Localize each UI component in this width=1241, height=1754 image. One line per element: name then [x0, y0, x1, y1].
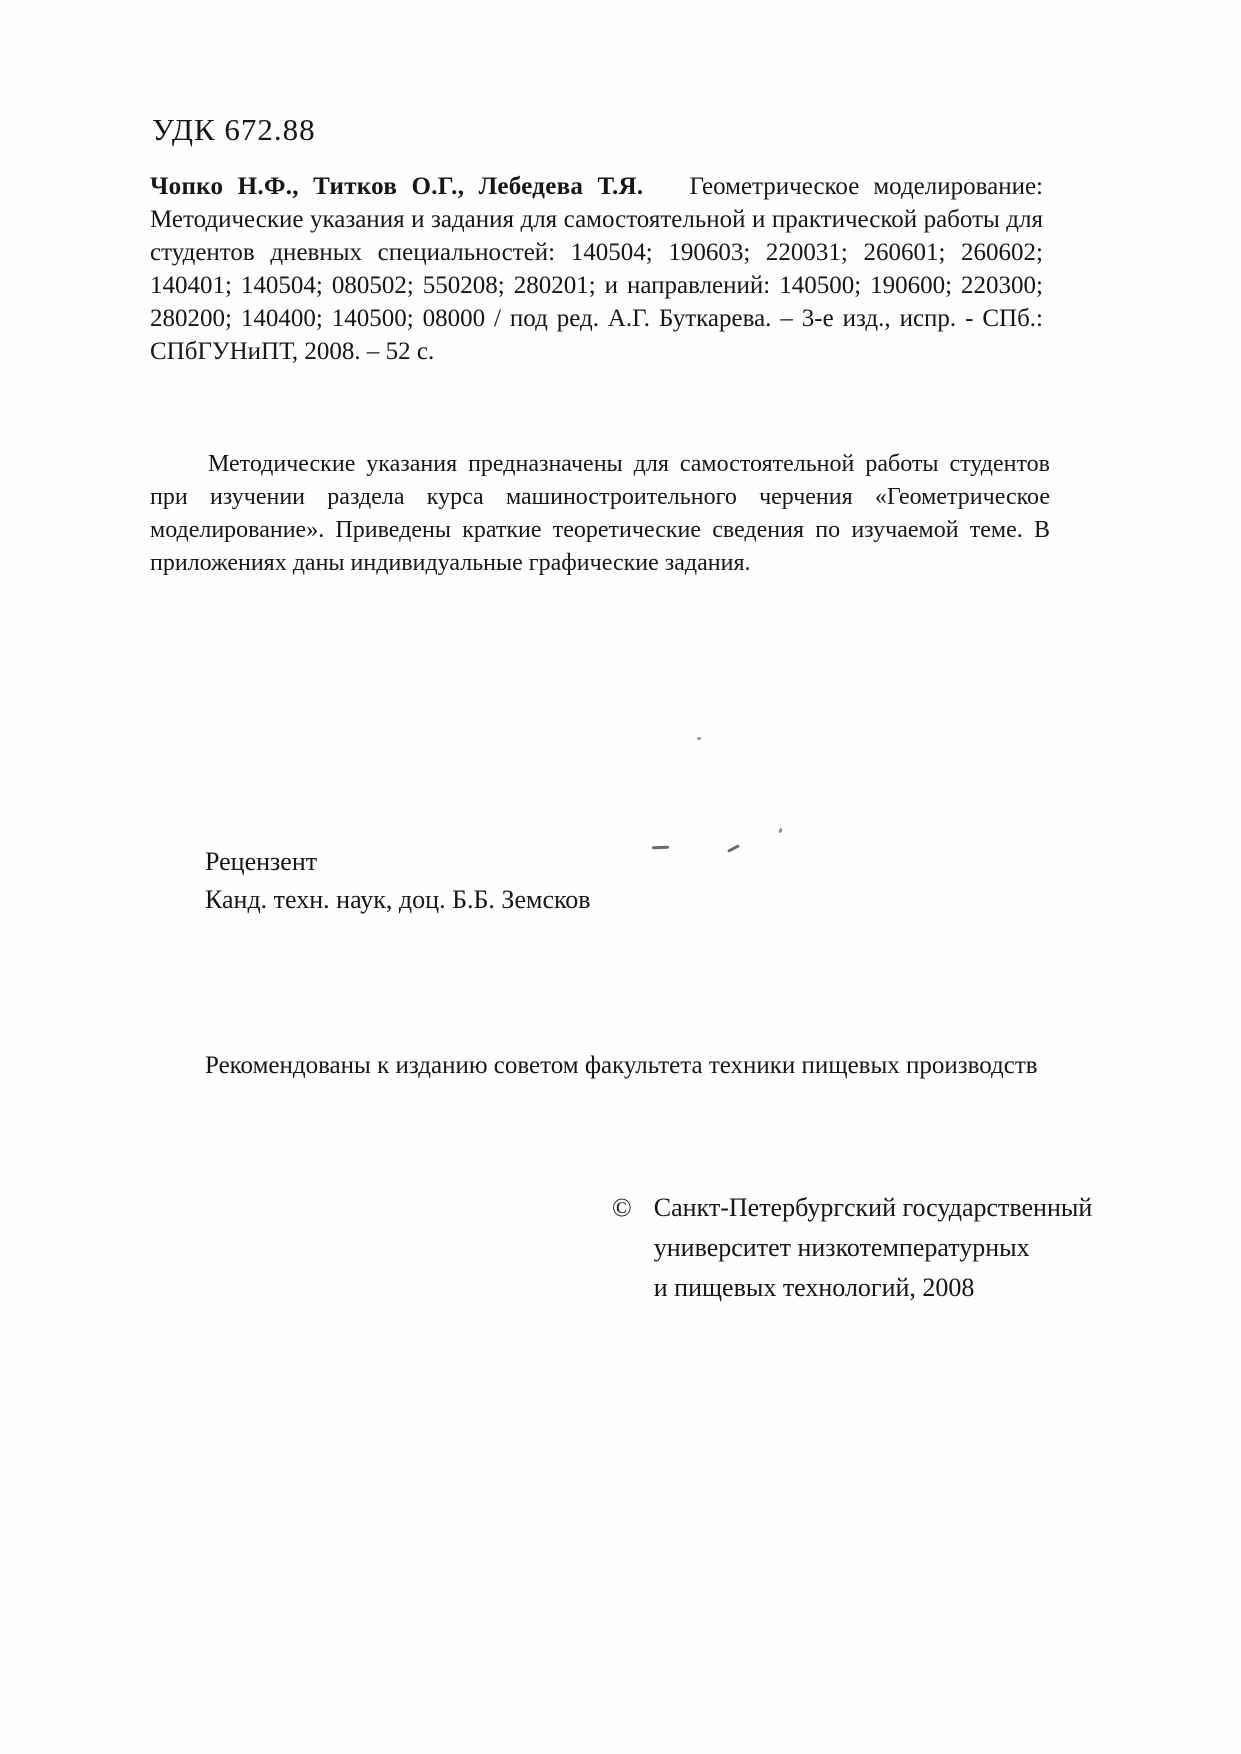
bibliographic-text: Геометрическое моделирование: Методическ… — [150, 173, 1043, 365]
bibliographic-record: Чопко Н.Ф., Титков О.Г., Лебедева Т.Я.Ге… — [150, 170, 1043, 368]
document-page: УДК 672.88 Чопко Н.Ф., Титков О.Г., Лебе… — [0, 0, 1241, 1754]
reviewer-block: Рецензент Канд. техн. наук, доц. Б.Б. Зе… — [205, 843, 591, 919]
copyright-line: Санкт-Петербургский государственный — [654, 1188, 1093, 1228]
copyright-line: и пищевых технологий, 2008 — [654, 1268, 1093, 1308]
udk-code: УДК 672.88 — [152, 112, 316, 148]
scan-artifact — [778, 828, 783, 834]
copyright-icon: © — [612, 1188, 632, 1228]
reviewer-name: Канд. техн. наук, доц. Б.Б. Земсков — [205, 881, 591, 919]
scan-artifact — [652, 846, 669, 850]
abstract-paragraph: Методические указания предназначены для … — [150, 448, 1050, 580]
copyright-text: Санкт-Петербургский государственный унив… — [654, 1188, 1093, 1308]
scan-artifact — [727, 844, 740, 853]
reviewer-label: Рецензент — [205, 843, 591, 881]
recommendation-line: Рекомендованы к изданию советом факульте… — [205, 1052, 1038, 1080]
copyright-block: © Санкт-Петербургский государственный ун… — [612, 1188, 1092, 1308]
copyright-line: университет низкотемпературных — [654, 1228, 1093, 1268]
scan-artifact — [697, 737, 701, 740]
authors: Чопко Н.Ф., Титков О.Г., Лебедева Т.Я. — [150, 173, 643, 200]
